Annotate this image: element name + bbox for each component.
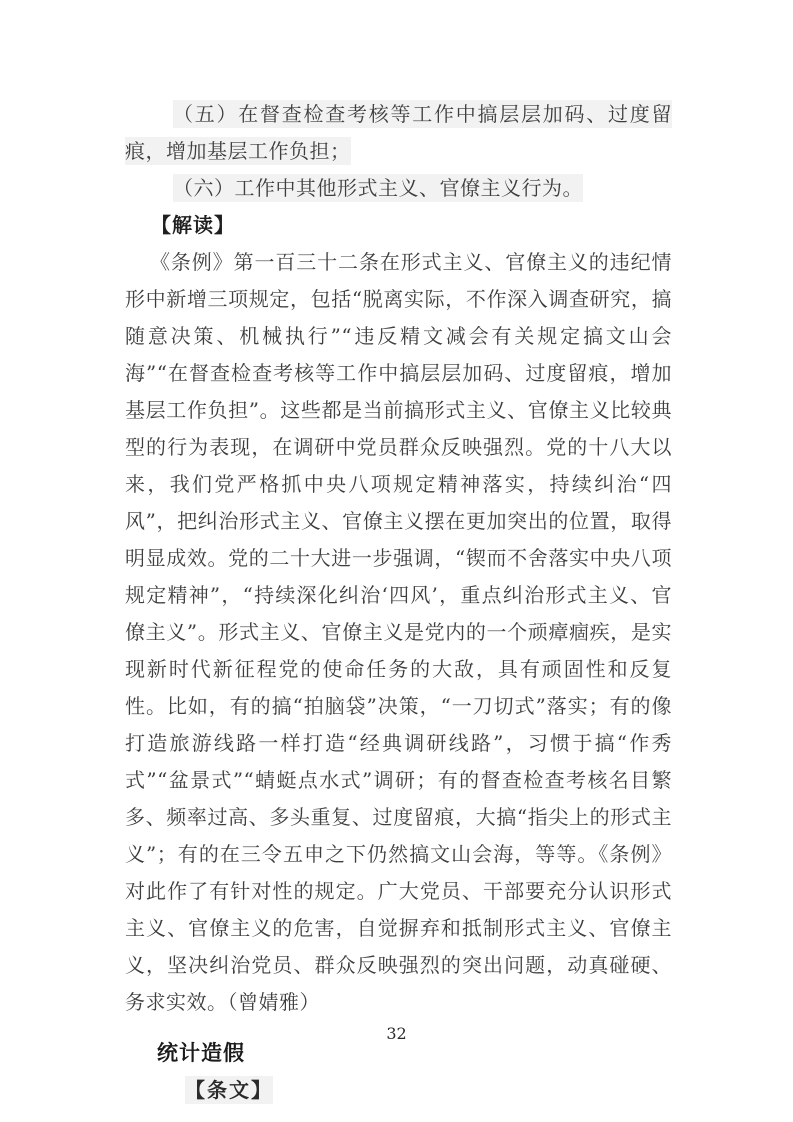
clause-label-heading: 【条文】 — [125, 1072, 672, 1109]
document-body: （五）在督查检查考核等工作中搞层层加码、过度留痕，增加基层工作负担； （六）工作… — [125, 96, 672, 1109]
interpretation-heading: 【解读】 — [125, 207, 672, 244]
clause-item-5: （五）在督查检查考核等工作中搞层层加码、过度留痕，增加基层工作负担； — [125, 96, 672, 170]
interpretation-paragraph: 《条例》第一百三十二条在形式主义、官僚主义的违纪情形中新增三项规定，包括“脱离实… — [125, 244, 672, 1021]
document-page: （五）在督查检查考核等工作中搞层层加码、过度留痕，增加基层工作负担； （六）工作… — [0, 0, 793, 1122]
clause-label-text: 【条文】 — [185, 1076, 273, 1104]
clause-item-5-text: （五）在督查检查考核等工作中搞层层加码、过度留痕，增加基层工作负担； — [125, 100, 672, 165]
page-number: 32 — [0, 1024, 793, 1043]
clause-item-6: （六）工作中其他形式主义、官僚主义行为。 — [125, 170, 672, 207]
clause-item-6-text: （六）工作中其他形式主义、官僚主义行为。 — [173, 174, 583, 202]
